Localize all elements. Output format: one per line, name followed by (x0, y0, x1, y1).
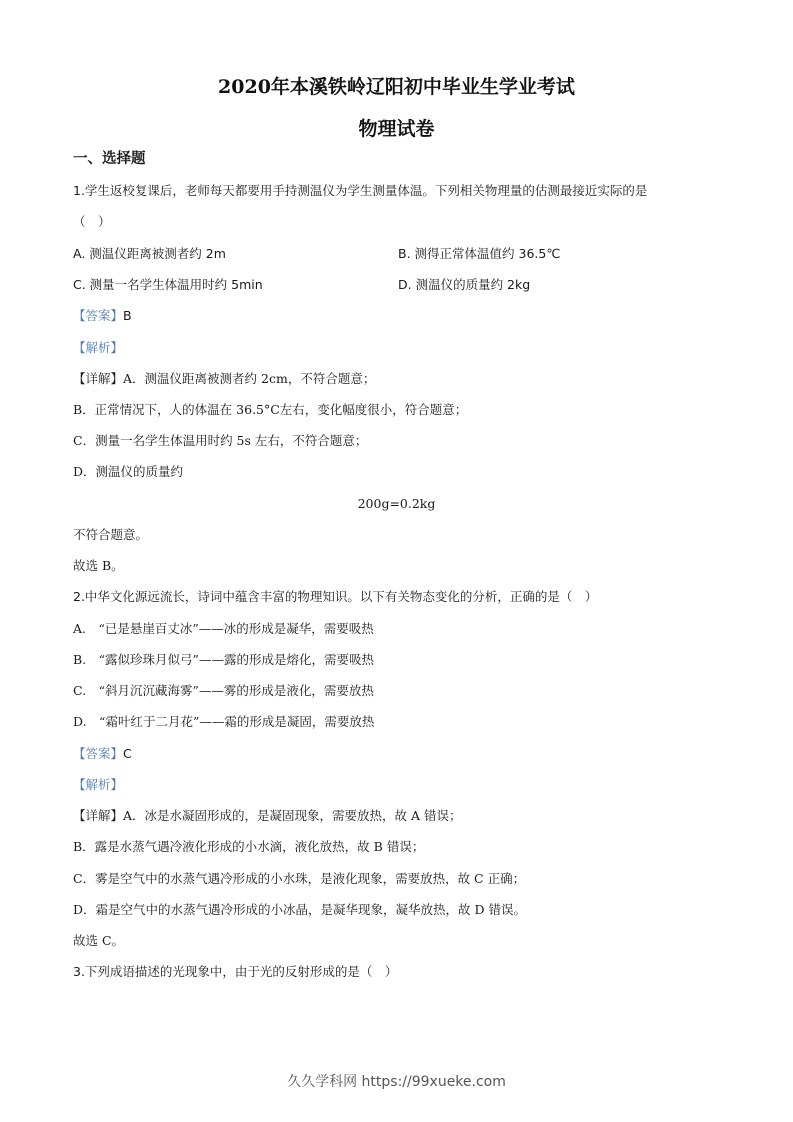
q1-option-d: D. 测温仪的质量约 2kg (398, 277, 530, 293)
q1-option-c: C. 测量一名学生体温用时约 5min (73, 277, 263, 293)
q1-stem-line2: （ ） (73, 214, 111, 230)
detail-label: 【详解】 (73, 371, 123, 386)
q2-option-c: C. “斜月沉沉藏海雾”——雾的形成是液化，需要放热 (73, 683, 374, 699)
q2-detail-line-a: 【详解】A．冰是水凝固形成的，是凝固现象，需要放热，故 A 错误； (73, 808, 462, 824)
answer-value: B (123, 308, 132, 323)
q1-answer: 【答案】B (73, 308, 132, 324)
q1-analysis-label: 【解析】 (73, 340, 123, 356)
q1-option-b: B. 测得正常体温值约 36.5℃ (398, 246, 560, 262)
answer-value: C (123, 746, 132, 761)
q2-detail-line-c: C．雾是空气中的水蒸气遇冷形成的小水珠，是液化现象，需要放热，故 C 正确； (73, 871, 525, 887)
q3-stem: 3.下列成语描述的光现象中，由于光的反射形成的是（ ） (73, 964, 397, 980)
q2-answer: 【答案】C (73, 746, 132, 762)
q1-detail-line-c: C．测量一名学生体温用时约 5s 左右，不符合题意； (73, 433, 367, 449)
q2-option-d: D. “霜叶红于二月花”——霜的形成是凝固，需要放热 (73, 714, 374, 730)
detail-label: 【详解】 (73, 808, 123, 823)
q1-formula: 200g=0.2kg (0, 496, 793, 512)
q1-after-formula: 不符合题意。 (73, 527, 148, 543)
q2-option-b: B. “露似珍珠月似弓”——露的形成是熔化，需要吸热 (73, 652, 374, 668)
q1-detail-line-b: B．正常情况下，人的体温在 36.5°C左右，变化幅度很小，符合题意； (73, 402, 467, 418)
q2-conclusion: 故选 C。 (73, 933, 124, 949)
q1-stem-line1: 1.学生返校复课后，老师每天都要用手持测温仪为学生测量体温。下列相关物理量的估测… (73, 183, 647, 199)
footer-watermark: 久久学科网 https://99xueke.com (0, 1071, 793, 1091)
exam-page: 2020年本溪铁岭辽阳初中毕业生学业考试 物理试卷 一、选择题 1.学生返校复课… (0, 0, 793, 1122)
q1-option-a: A. 测温仪距离被测者约 2m (73, 246, 226, 262)
answer-label: 【答案】 (73, 746, 123, 761)
q2-stem: 2.中华文化源远流长，诗词中蕴含丰富的物理知识。以下有关物态变化的分析，正确的是… (73, 589, 597, 605)
section-heading: 一、选择题 (73, 151, 146, 167)
q2-detail-line-b: B．露是水蒸气遇冷液化形成的小水滴，液化放热，故 B 错误； (73, 839, 424, 855)
q1-detail-line-d: D．测温仪的质量约 (73, 464, 183, 480)
q2-option-a: A. “已是悬崖百丈冰”——冰的形成是凝华，需要吸热 (73, 621, 374, 637)
q2-detail-line-d: D．霜是空气中的水蒸气遇冷形成的小冰晶，是凝华现象，凝华放热，故 D 错误。 (73, 902, 526, 918)
answer-label: 【答案】 (73, 308, 123, 323)
exam-title: 2020年本溪铁岭辽阳初中毕业生学业考试 (0, 72, 793, 99)
exam-subtitle: 物理试卷 (0, 114, 793, 141)
q1-conclusion: 故选 B。 (73, 558, 124, 574)
q2-analysis-label: 【解析】 (73, 777, 123, 793)
q1-detail-line-a: 【详解】A．测温仪距离被测者约 2cm，不符合题意； (73, 371, 375, 387)
